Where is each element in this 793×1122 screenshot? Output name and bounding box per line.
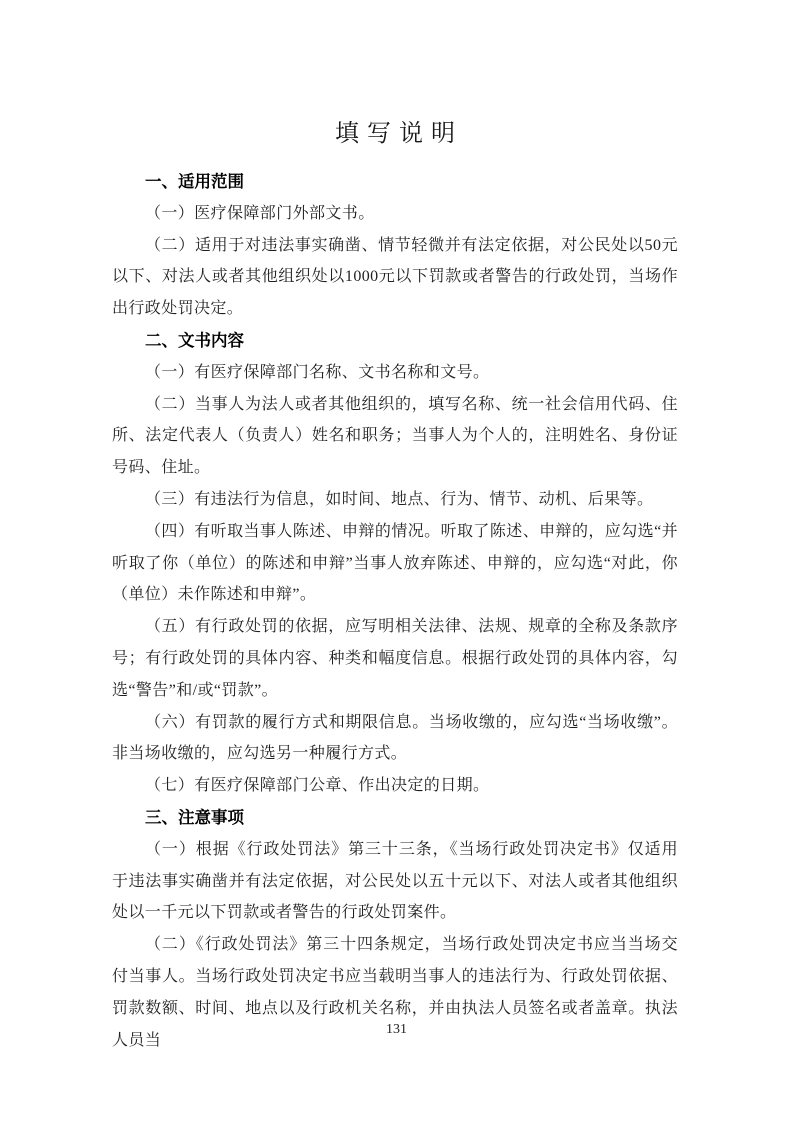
section-1-paragraph-2: （二）适用于对违法事实确凿、情节轻微并有法定依据，对公民处以50元以下、对法人或… [112, 230, 678, 325]
section-2-paragraph-7: （七）有医疗保障部门公章、作出决定的日期。 [112, 770, 678, 802]
section-2-paragraph-6: （六）有罚款的履行方式和期限信息。当场收缴的，应勾选“当场收缴”。非当场收缴的，… [112, 707, 678, 771]
section-content: 二、文书内容 （一）有医疗保障部门名称、文书名称和文号。 （二）当事人为法人或者… [112, 325, 678, 802]
section-2-paragraph-4: （四）有听取当事人陈述、申辩的情况。听取了陈述、申辩的，应勾选“并听取了你（单位… [112, 516, 678, 611]
section-2-paragraph-3: （三）有违法行为信息，如时间、地点、行为、情节、动机、后果等。 [112, 484, 678, 516]
section-2-paragraph-5: （五）有行政处罚的依据，应写明相关法律、法规、规章的全称及条款序号；有行政处罚的… [112, 611, 678, 706]
section-2-heading: 二、文书内容 [112, 325, 678, 357]
section-notes: 三、注意事项 （一）根据《行政处罚法》第三十三条，《当场行政处罚决定书》仅适用于… [112, 802, 678, 1056]
section-1-heading: 一、适用范围 [112, 166, 678, 198]
page-number: 131 [0, 1020, 793, 1040]
section-2-paragraph-1: （一）有医疗保障部门名称、文书名称和文号。 [112, 357, 678, 389]
section-3-paragraph-1: （一）根据《行政处罚法》第三十三条，《当场行政处罚决定书》仅适用于违法事实确凿并… [112, 834, 678, 929]
section-2-paragraph-2: （二）当事人为法人或者其他组织的，填写名称、统一社会信用代码、住所、法定代表人（… [112, 389, 678, 484]
section-scope: 一、适用范围 （一）医疗保障部门外部文书。 （二）适用于对违法事实确凿、情节轻微… [112, 166, 678, 325]
section-3-heading: 三、注意事项 [112, 802, 678, 834]
section-1-paragraph-1: （一）医疗保障部门外部文书。 [112, 198, 678, 230]
document-title: 填写说明 [112, 118, 678, 150]
document-page: 填写说明 一、适用范围 （一）医疗保障部门外部文书。 （二）适用于对违法事实确凿… [0, 0, 793, 1122]
